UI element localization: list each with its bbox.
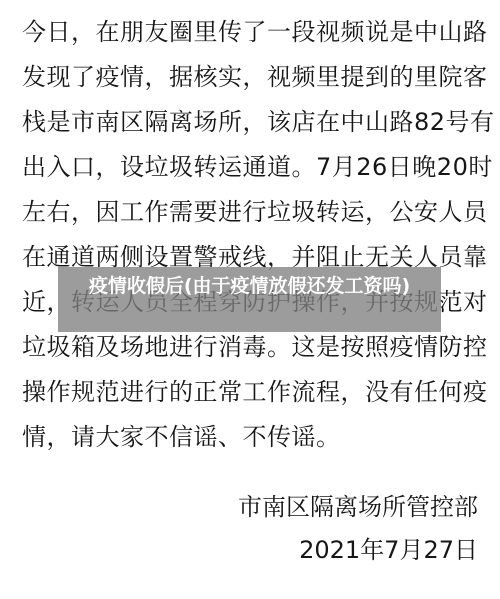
notice-body: 今日，在朋友圈里传了一段视频说是中山路 发现了疫情，据核实，视频里提到的里院客 … bbox=[22, 10, 482, 460]
signature-date: 2021年7月27日 bbox=[238, 529, 478, 572]
notice-line: 情，请大家不信谣、不传谣。 bbox=[22, 415, 482, 460]
notice-line: 栈是市南区隔离场所，该店在中山路82号有 bbox=[22, 100, 482, 145]
notice-line: 发现了疫情，据核实，视频里提到的里院客 bbox=[22, 55, 482, 100]
title-overlay-banner: 疫情收假后(由于疫情放假还发工资吗) bbox=[58, 267, 441, 332]
signature-organization: 市南区隔离场所管控部 bbox=[238, 486, 478, 529]
notice-line: 左右，因工作需要进行垃圾转运，公安人员 bbox=[22, 190, 482, 235]
notice-line: 今日，在朋友圈里传了一段视频说是中山路 bbox=[22, 10, 482, 55]
notice-line: 出入口，设垃圾转运通道。7月26日晚20时 bbox=[22, 145, 482, 190]
notice-line: 操作规范进行的正常工作流程，没有任何疫 bbox=[22, 370, 482, 415]
overlay-title: 疫情收假后(由于疫情放假还发工资吗) bbox=[68, 273, 431, 299]
signature-block: 市南区隔离场所管控部 2021年7月27日 bbox=[238, 486, 478, 572]
